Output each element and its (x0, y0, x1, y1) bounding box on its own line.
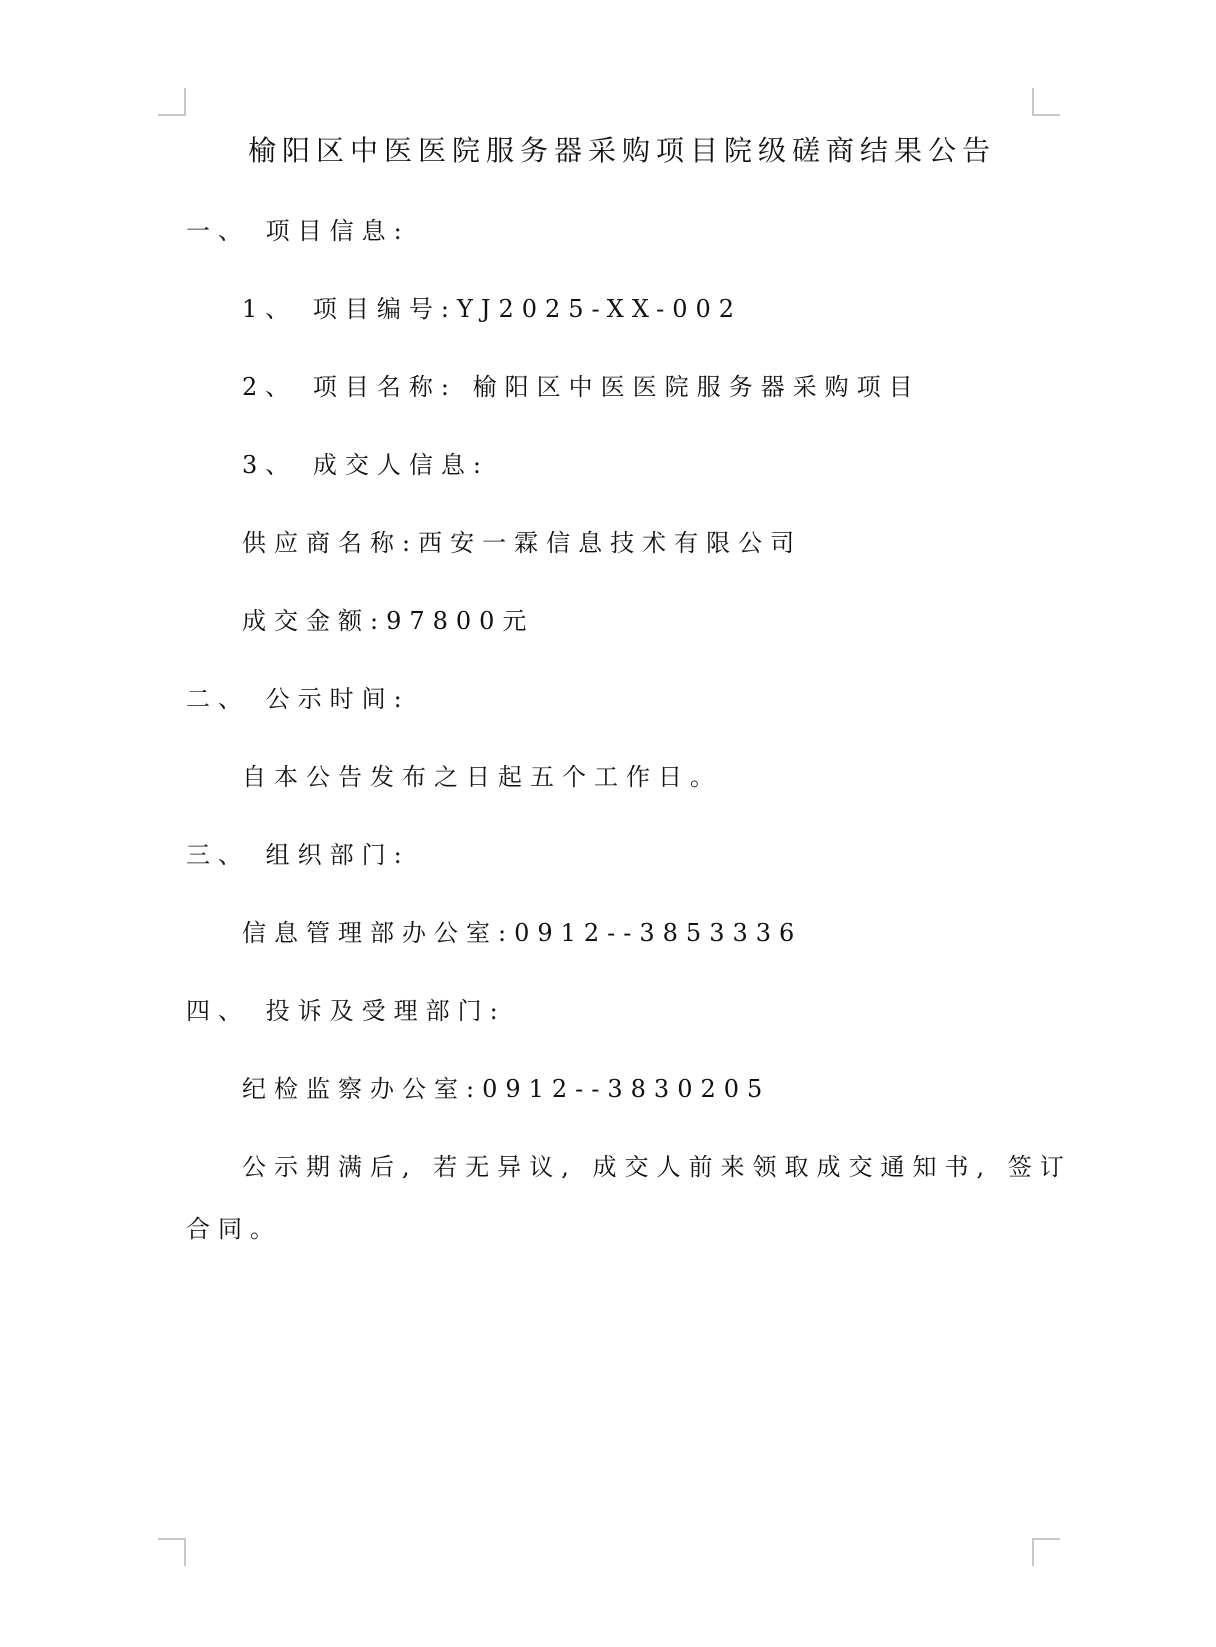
page-corner-mark-bottom-right (1032, 1538, 1060, 1566)
project-number: 1、 项目编号:YJ2025-XX-002 (242, 294, 742, 324)
organizer-contact: 信息管理部办公室:0912--3853336 (242, 918, 802, 948)
document-title: 榆阳区中医医院服务器采购项目院级磋商结果公告 (248, 136, 996, 166)
page-corner-mark-top-right (1032, 88, 1060, 116)
supplier-name: 供应商名称:西安一霖信息技术有限公司 (242, 528, 802, 558)
section-heading-project-info: 一、 项目信息: (186, 216, 410, 246)
closing-paragraph-line-2: 合同。 (186, 1214, 282, 1244)
page-corner-mark-bottom-left (158, 1538, 186, 1566)
deal-amount: 成交金额:97800元 (242, 606, 534, 636)
winner-info-label: 3、 成交人信息: (242, 450, 489, 480)
page-corner-mark-top-left (158, 88, 186, 116)
section-heading-complaints: 四、 投诉及受理部门: (186, 996, 506, 1026)
complaints-contact: 纪检监察办公室:0912--3830205 (242, 1074, 770, 1104)
section-heading-organizer: 三、 组织部门: (186, 840, 410, 870)
section-heading-publicity-period: 二、 公示时间: (186, 684, 410, 714)
project-name: 2、 项目名称: 榆阳区中医医院服务器采购项目 (242, 372, 921, 402)
closing-paragraph-line-1: 公示期满后, 若无异议, 成交人前来领取成交通知书, 签订 (242, 1152, 1072, 1182)
publicity-period-text: 自本公告发布之日起五个工作日。 (242, 762, 722, 792)
